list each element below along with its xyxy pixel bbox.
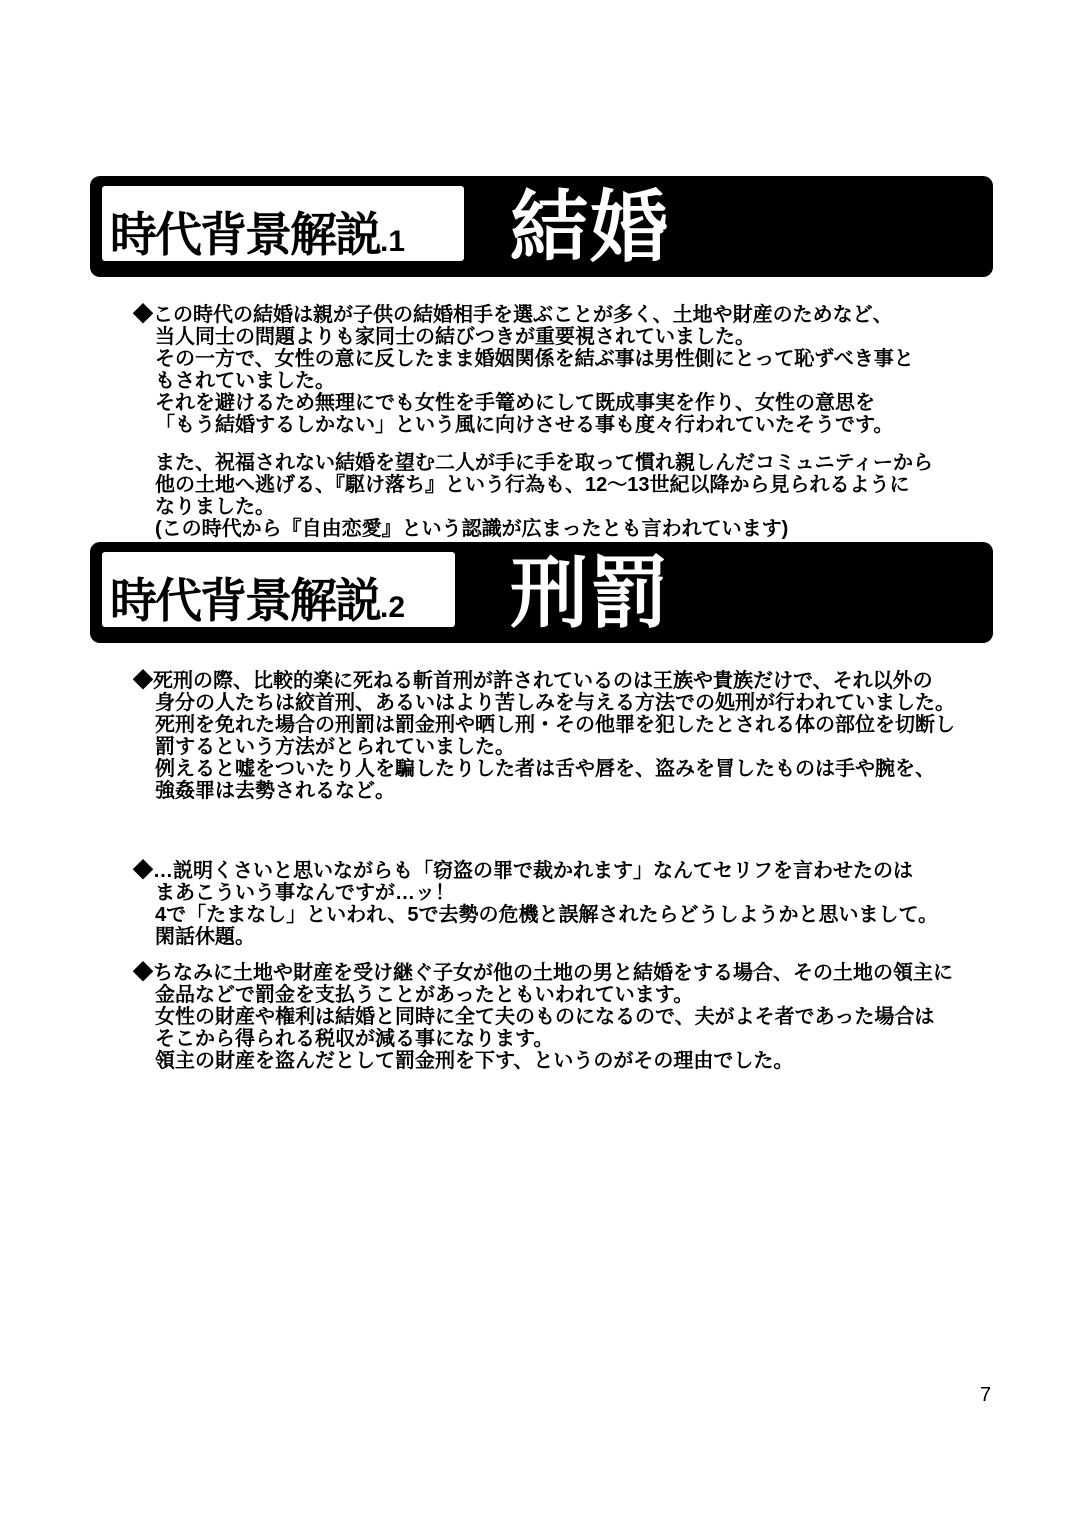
section-2-paragraph-1: ◆死刑の際、比較的楽に死ねる斬首刑が許されているのは王族や貴族だけで、それ以外の… [133, 670, 1013, 802]
section-2-title: 刑罰 [510, 542, 670, 643]
text-line: 当人同士の問題よりも家同士の結びつきが重要視されていました。 [133, 326, 1013, 348]
text-line: ◆ちなみに土地や財産を受け継ぐ子女が他の土地の男と結婚をする場合、その土地の領主… [133, 962, 1013, 984]
text-line: ◆この時代の結婚は親が子供の結婚相手を選ぶことが多く、土地や財産のためなど、 [133, 304, 1013, 326]
text-line: それを避けるため無理にでも女性を手篭めにして既成事実を作り、女性の意思を [133, 392, 1013, 414]
section-1-paragraph: ◆この時代の結婚は親が子供の結婚相手を選ぶことが多く、土地や財産のためなど、当人… [133, 304, 1013, 540]
section-2-label-box: 時代背景解説.2 [102, 552, 455, 627]
text-line: 例えると嘘をついたり人を騙したりした者は舌や唇を、盗みを冒したものは手や腕を、 [133, 758, 1013, 780]
text-line: そこから得られる税収が減る事になります。 [133, 1028, 1013, 1050]
text-line: 死刑を免れた場合の刑罰は罰金刑や晒し刑・その他罪を犯したとされる体の部位を切断し [133, 714, 1013, 736]
section-1-label-box: 時代背景解説.1 [102, 186, 464, 261]
text-line: ◆死刑の際、比較的楽に死ねる斬首刑が許されているのは王族や貴族だけで、それ以外の [133, 670, 1013, 692]
page-number: 7 [980, 1384, 991, 1407]
text-line: 領主の財産を盗んだとして罰金刑を下す、というのがその理由でした。 [133, 1050, 1013, 1072]
section-1-title: 結婚 [510, 176, 670, 277]
section-2-label: 時代背景解説 [110, 577, 380, 624]
text-line: なりました。 [133, 496, 1013, 518]
section-1-label: 時代背景解説 [110, 211, 380, 258]
text-line: (この時代から『自由恋愛』という認識が広まったとも言われています) [133, 518, 1013, 540]
text-line: 罰するという方法がとられていました。 [133, 736, 1013, 758]
text-line: 閑話休題。 [133, 926, 1013, 948]
blank-line [133, 436, 1013, 452]
text-line: 「もう結婚するしかない」という風に向けさせる事も度々行われていたそうです。 [133, 414, 1013, 436]
section-2-label-number: .2 [380, 591, 405, 624]
text-line: まあこういう事なんですが…ッ！ [133, 882, 1013, 904]
text-line: 強姦罪は去勢されるなど。 [133, 780, 1013, 802]
document-page: 時代背景解説.1 結婚 ◆この時代の結婚は親が子供の結婚相手を選ぶことが多く、土… [0, 0, 1075, 1518]
text-line: ◆…説明くさいと思いながらも「窃盗の罪で裁かれます」なんてセリフを言わせたのは [133, 860, 1013, 882]
text-line: もされていました。 [133, 370, 1013, 392]
section-2-paragraph-2: ◆…説明くさいと思いながらも「窃盗の罪で裁かれます」なんてセリフを言わせたのはま… [133, 860, 1013, 948]
section-1-label-number: .1 [380, 225, 405, 258]
text-line: その一方で、女性の意に反したまま婚姻関係を結ぶ事は男性側にとって恥ずべき事と [133, 348, 1013, 370]
text-line: 女性の財産や権利は結婚と同時に全て夫のものになるので、夫がよそ者であった場合は [133, 1006, 1013, 1028]
text-line: 4で「たまなし」といわれ、5で去勢の危機と誤解されたらどうしようかと思いまして。 [133, 904, 1013, 926]
text-line: 身分の人たちは絞首刑、あるいはより苦しみを与える方法での処刑が行われていました。 [133, 692, 1013, 714]
text-line: また、祝福されない結婚を望む二人が手に手を取って慣れ親しんだコミュニティーから [133, 452, 1013, 474]
section-2-paragraph-3: ◆ちなみに土地や財産を受け継ぐ子女が他の土地の男と結婚をする場合、その土地の領主… [133, 962, 1013, 1072]
section-2-header-banner: 時代背景解説.2 刑罰 [90, 542, 993, 643]
text-line: 金品などで罰金を支払うことがあったともいわれています。 [133, 984, 1013, 1006]
text-line: 他の土地へ逃げる、『駆け落ち』という行為も、12〜13世紀以降から見られるように [133, 474, 1013, 496]
section-1-header-banner: 時代背景解説.1 結婚 [90, 176, 993, 277]
